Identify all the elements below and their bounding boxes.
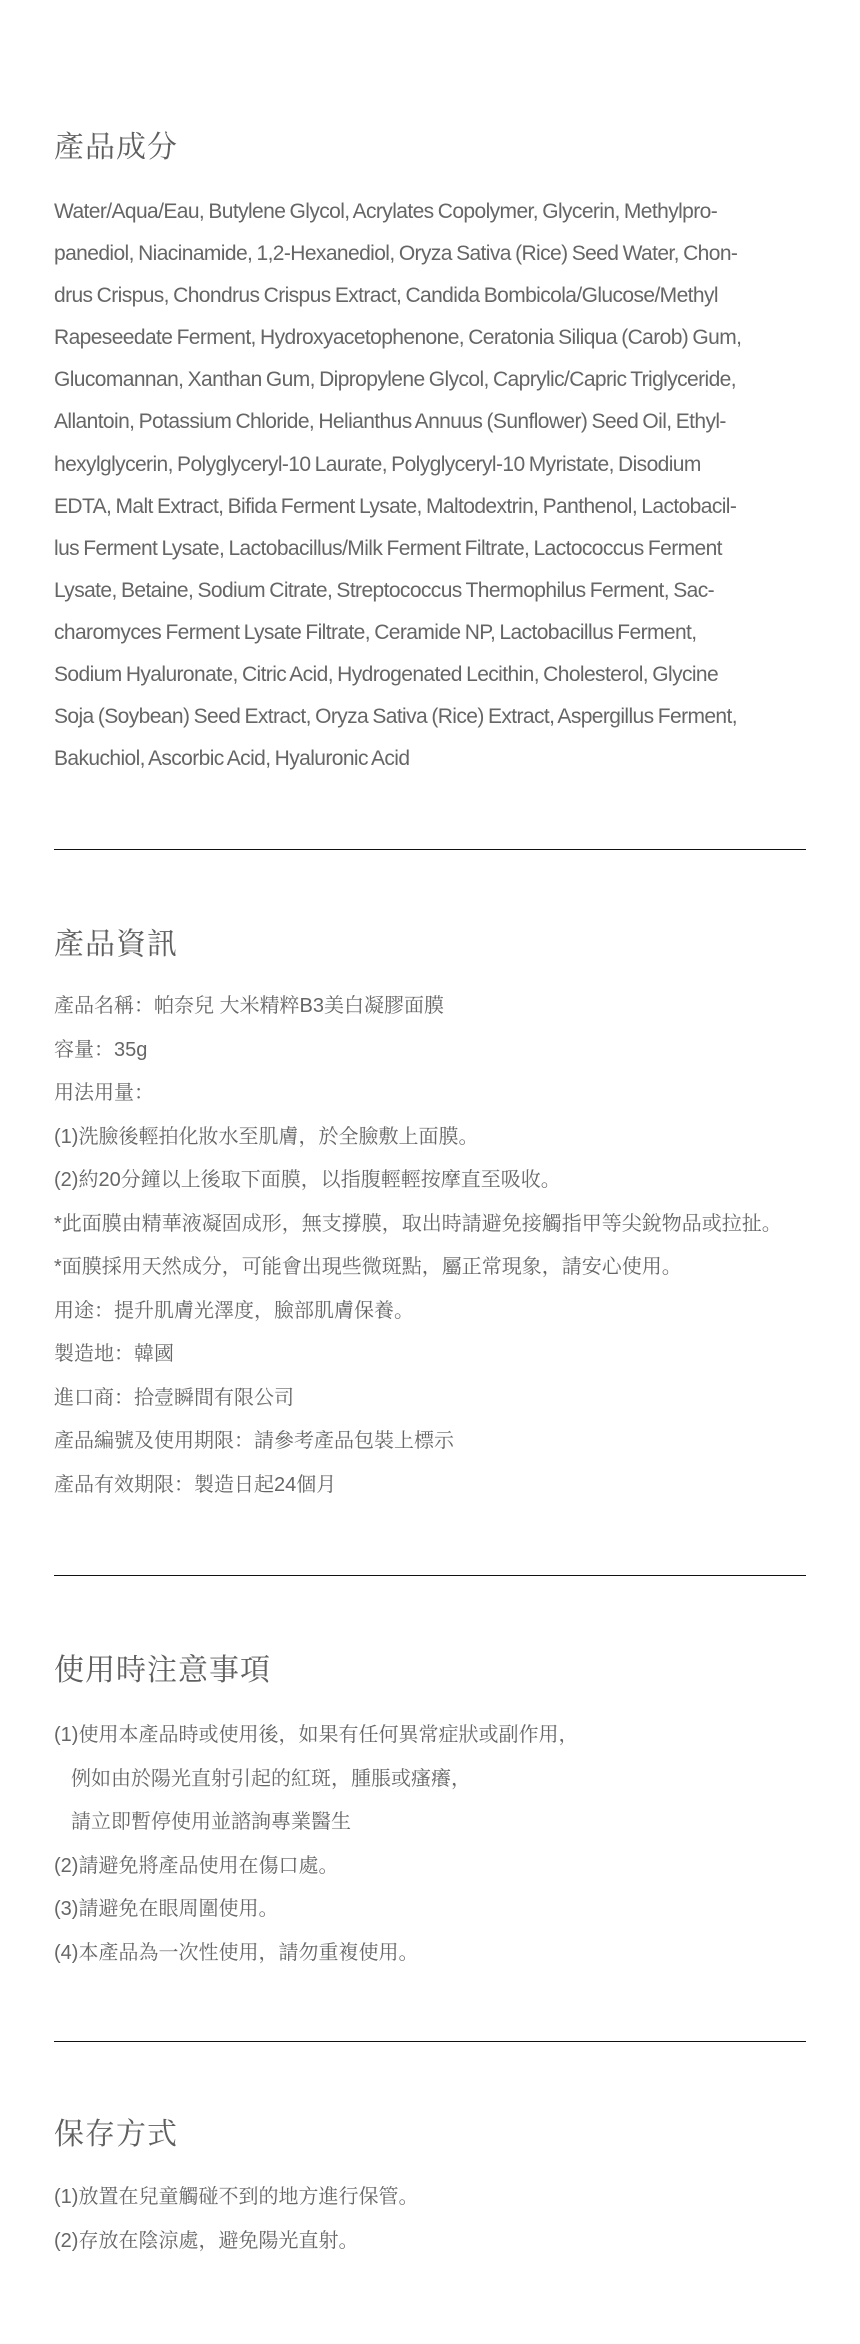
ingredients-line: Allantoin, Potassium Chloride, Helianthu… — [54, 401, 806, 443]
importer: 進口商：拾壹瞬間有限公司 — [54, 1377, 806, 1421]
manufacture-origin: 製造地：韓國 — [54, 1333, 806, 1377]
product-volume: 容量：35g — [54, 1029, 806, 1073]
product-info-list: 產品名稱：帕奈兒 大米精粹B3美白凝膠面膜 容量：35g 用法用量： (1)洗臉… — [54, 985, 806, 1507]
usage-note: *此面膜由精華液凝固成形，無支撐膜，取出時請避免接觸指甲等尖銳物品或拉扯。 — [54, 1203, 806, 1247]
ingredients-line: drus Crispus, Chondrus Crispus Extract, … — [54, 275, 806, 317]
ingredients-text: Water/Aqua/Eau, Butylene Glycol, Acrylat… — [54, 191, 806, 780]
section-divider — [54, 2041, 806, 2042]
section-title-storage: 保存方式 — [54, 2120, 806, 2150]
precaution-item-continued: 請立即暫停使用並諮詢專業醫生 — [54, 1801, 806, 1845]
precautions-section: 使用時注意事項 (1)使用本產品時或使用後，如果有任何異常症狀或副作用， 例如由… — [54, 1656, 806, 1975]
storage-item: (1)放置在兒童觸碰不到的地方進行保管。 — [54, 2176, 806, 2220]
usage-note: *面膜採用天然成分，可能會出現些微斑點，屬正常現象，請安心使用。 — [54, 1246, 806, 1290]
ingredients-line: Water/Aqua/Eau, Butylene Glycol, Acrylat… — [54, 191, 806, 233]
section-title-ingredients: 產品成分 — [54, 133, 806, 163]
usage-label: 用法用量： — [54, 1072, 806, 1116]
ingredients-line: Rapeseedate Ferment, Hydroxyacetophenone… — [54, 317, 806, 359]
section-divider — [54, 1575, 806, 1576]
precaution-item: (2)請避免將產品使用在傷口處。 — [54, 1845, 806, 1889]
ingredients-line: lus Ferment Lysate, Lactobacillus/Milk F… — [54, 528, 806, 570]
ingredients-line: Glucomannan, Xanthan Gum, Dipropylene Gl… — [54, 359, 806, 401]
storage-section: 保存方式 (1)放置在兒童觸碰不到的地方進行保管。 (2)存放在陰涼處，避免陽光… — [54, 2120, 806, 2263]
product-number-and-expiry: 產品編號及使用期限：請參考產品包裝上標示 — [54, 1420, 806, 1464]
precaution-item: (1)使用本產品時或使用後，如果有任何異常症狀或副作用， — [54, 1714, 806, 1758]
product-name: 產品名稱：帕奈兒 大米精粹B3美白凝膠面膜 — [54, 985, 806, 1029]
precaution-item-continued: 例如由於陽光直射引起的紅斑，腫脹或瘙癢， — [54, 1758, 806, 1802]
precaution-item: (4)本產品為一次性使用，請勿重複使用。 — [54, 1932, 806, 1976]
ingredients-line: charomyces Ferment Lysate Filtrate, Cera… — [54, 612, 806, 654]
product-info-section: 產品資訊 產品名稱：帕奈兒 大米精粹B3美白凝膠面膜 容量：35g 用法用量： … — [54, 930, 806, 1507]
product-purpose: 用途：提升肌膚光澤度，臉部肌膚保養。 — [54, 1290, 806, 1334]
usage-step: (2)約20分鐘以上後取下面膜，以指腹輕輕按摩直至吸收。 — [54, 1159, 806, 1203]
usage-step: (1)洗臉後輕拍化妝水至肌膚，於全臉敷上面膜。 — [54, 1116, 806, 1160]
precautions-list: (1)使用本產品時或使用後，如果有任何異常症狀或副作用， 例如由於陽光直射引起的… — [54, 1714, 806, 1975]
ingredients-line: EDTA, Malt Extract, Bifida Ferment Lysat… — [54, 486, 806, 528]
product-detail-page: 產品成分 Water/Aqua/Eau, Butylene Glycol, Ac… — [0, 133, 860, 2263]
ingredients-line: Lysate, Betaine, Sodium Citrate, Strepto… — [54, 570, 806, 612]
section-divider — [54, 849, 806, 850]
ingredients-line: panediol, Niacinamide, 1,2-Hexanediol, O… — [54, 233, 806, 275]
ingredients-section: 產品成分 Water/Aqua/Eau, Butylene Glycol, Ac… — [54, 133, 806, 780]
ingredients-line: hexylglycerin, Polyglyceryl-10 Laurate, … — [54, 444, 806, 486]
shelf-life: 產品有效期限：製造日起24個月 — [54, 1464, 806, 1508]
section-title-product-info: 產品資訊 — [54, 930, 806, 960]
ingredients-line: Bakuchiol, Ascorbic Acid, Hyaluronic Aci… — [54, 738, 806, 780]
ingredients-line: Soja (Soybean) Seed Extract, Oryza Sativ… — [54, 696, 806, 738]
precaution-item: (3)請避免在眼周圍使用。 — [54, 1888, 806, 1932]
section-title-precautions: 使用時注意事項 — [54, 1656, 806, 1686]
ingredients-line: Sodium Hyaluronate, Citric Acid, Hydroge… — [54, 654, 806, 696]
storage-list: (1)放置在兒童觸碰不到的地方進行保管。 (2)存放在陰涼處，避免陽光直射。 — [54, 2176, 806, 2263]
storage-item: (2)存放在陰涼處，避免陽光直射。 — [54, 2220, 806, 2264]
